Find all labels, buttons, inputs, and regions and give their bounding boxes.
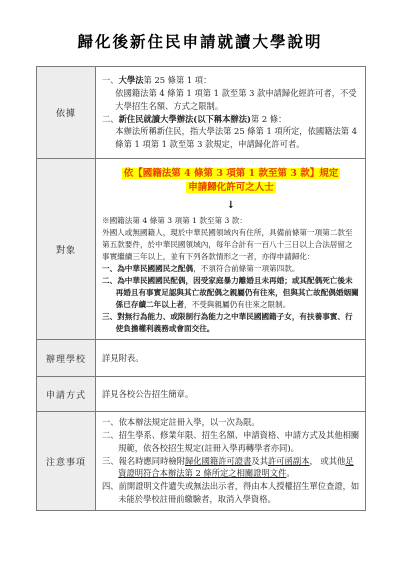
- notes-item-3-end: 。: [286, 468, 294, 478]
- target-note-body: 外國人或無國籍人，現於中華民國領域內有住所，具備前條第一項第二款至第五款要件，於…: [102, 227, 360, 263]
- basis-item-2-article: 第 2 條：: [251, 114, 286, 124]
- document-page: 歸化後新住民申請就讀大學說明 依據 一、大學法第 25 條第 1 項： 依國籍法…: [0, 0, 400, 566]
- target-note-item-3: 三、對無行為能力、或限制行為能力之中華民國國籍子女，有扶養事實、行使負擔權利義務…: [102, 311, 360, 335]
- notes-item-1-number: 一、: [102, 417, 119, 427]
- notes-item-1-text: 依本辦法規定註冊入學，以一次為限。: [119, 417, 260, 427]
- schools-content: 詳見附表。: [96, 340, 366, 377]
- notes-item-3-mid-2: ， 或其他: [310, 456, 346, 466]
- notes-content: 一、依本辦法規定註冊入學，以一次為限。 二、招生學系、修業年限、招生名額、申請資…: [96, 412, 366, 511]
- table-row-target: 對象 依【國籍法第 4 條第 3 項第 1 款至第 3 款】規定 申請歸化許可之…: [37, 159, 366, 340]
- notes-item-4-text: 前開證明文件遺失或無法出示者，得由本人授權招生單位查證，如未能於學校註冊前繳驗者…: [118, 481, 359, 504]
- target-note-item-1-rest: ，不須符合前條第一項第四款。: [193, 264, 299, 273]
- target-note-item-2-number: 二、: [102, 276, 117, 285]
- row-label-notes: 注意事項: [37, 412, 96, 511]
- row-label-basis: 依據: [37, 67, 96, 159]
- target-note-item-2: 二、為中華民國國民配偶，因受家庭暴力離婚且未再婚；或其配偶死亡後未再婚且有事實足…: [102, 275, 360, 311]
- info-table: 依據 一、大學法第 25 條第 1 項： 依國籍法第 4 條第 1 項第 1 款…: [36, 66, 366, 511]
- notes-item-3-number: 三、: [102, 456, 119, 466]
- target-highlight-line-2: 申請歸化許可之人士: [102, 181, 360, 195]
- basis-item-2-law-name: 新住民就讀大學辦法(以下稱本辦法): [119, 114, 251, 124]
- notes-item-3-underline-2: 許可函副本: [268, 456, 310, 466]
- basis-item-1-article: 第 25 條第 1 項：: [144, 75, 212, 85]
- notes-item-1: 一、依本辦法規定註冊入學，以一次為限。: [102, 416, 360, 429]
- target-note-item-3-number: 三、: [102, 312, 117, 321]
- row-label-application: 申請方式: [37, 377, 96, 412]
- notes-item-3-underline-1: 歸化國籍許可證書: [185, 456, 251, 466]
- target-content: 依【國籍法第 4 條第 3 項第 1 款至第 3 款】規定 申請歸化許可之人士 …: [96, 159, 366, 340]
- table-row-schools: 辦理學校 詳見附表。: [37, 340, 366, 377]
- target-note-item-1-number: 一、: [102, 264, 117, 273]
- target-highlight: 依【國籍法第 4 條第 3 項第 1 款至第 3 款】規定 申請歸化許可之人士: [102, 167, 360, 196]
- basis-item-1: 一、大學法第 25 條第 1 項：: [102, 74, 360, 87]
- table-row-notes: 注意事項 一、依本辦法規定註冊入學，以一次為限。 二、招生學系、修業年限、招生名…: [37, 412, 366, 511]
- notes-item-3-pre: 報名時應同時檢附: [119, 456, 185, 466]
- notes-item-4: 四、前開證明文件遺失或無法出示者，得由本人授權招生單位查證，如未能於學校註冊前繳…: [102, 480, 360, 506]
- basis-item-1-number: 一、: [102, 75, 119, 85]
- target-note-item-3-bold: 對無行為能力、或限制行為能力之中華民國國籍子女，有扶養事實、行使負擔權利義務或會…: [116, 312, 353, 333]
- notes-item-2: 二、招生學系、修業年限、招生名額、申請資格、申請方式及其他相關規範，依各校招生規…: [102, 429, 360, 455]
- table-row-application: 申請方式 詳見各校公告招生簡章。: [37, 377, 366, 412]
- page-title: 歸化後新住民申請就讀大學說明: [0, 30, 400, 52]
- target-note: ※國籍法第 4 條第 3 項第 1 款至第 3 款： 外國人或無國籍人，現於中華…: [102, 215, 360, 335]
- target-note-item-2-rest: ，不受與親屬仍有往來之限制。: [184, 300, 290, 309]
- table-row-basis: 依據 一、大學法第 25 條第 1 項： 依國籍法第 4 條第 1 項第 1 款…: [37, 67, 366, 159]
- target-note-item-1-bold: 為中華民國國民之配偶: [117, 264, 193, 273]
- row-label-target: 對象: [37, 159, 96, 340]
- notes-item-2-text: 招生學系、修業年限、招生名額、申請資格、申請方式及其他相關規範，依各校招生規定(…: [118, 430, 359, 453]
- basis-item-2-body: 本辦法所稱新住民，指大學法第 25 條第 1 項所定，依國籍法第 4 條第 1 …: [102, 125, 360, 151]
- notes-item-3-mid-1: 及其: [251, 456, 268, 466]
- notes-item-3: 三、報名時應同時檢附歸化國籍許可證書及其許可函副本， 或其他足資證明符合本辦法第…: [102, 455, 360, 481]
- application-content: 詳見各校公告招生簡章。: [96, 377, 366, 412]
- target-note-item-1: 一、為中華民國國民之配偶，不須符合前條第一項第四款。: [102, 263, 360, 275]
- row-label-schools: 辦理學校: [37, 340, 96, 377]
- basis-item-2: 二、新住民就讀大學辦法(以下稱本辦法)第 2 條：: [102, 113, 360, 126]
- basis-content: 一、大學法第 25 條第 1 項： 依國籍法第 4 條第 1 項第 1 款至第 …: [96, 67, 366, 159]
- basis-item-2-number: 二、: [102, 114, 119, 124]
- notes-item-4-number: 四、: [102, 481, 119, 491]
- basis-item-1-law-name: 大學法: [119, 75, 144, 85]
- notes-item-2-number: 二、: [102, 430, 119, 440]
- basis-item-1-body: 依國籍法第 4 條第 1 項第 1 款至第 3 款申請歸化經許可者，不受大學招生…: [102, 87, 360, 113]
- target-note-title: ※國籍法第 4 條第 3 項第 1 款至第 3 款：: [102, 215, 360, 227]
- down-arrow-icon: ↓: [102, 198, 360, 214]
- target-highlight-line-1: 依【國籍法第 4 條第 3 項第 1 款至第 3 款】規定: [102, 167, 360, 181]
